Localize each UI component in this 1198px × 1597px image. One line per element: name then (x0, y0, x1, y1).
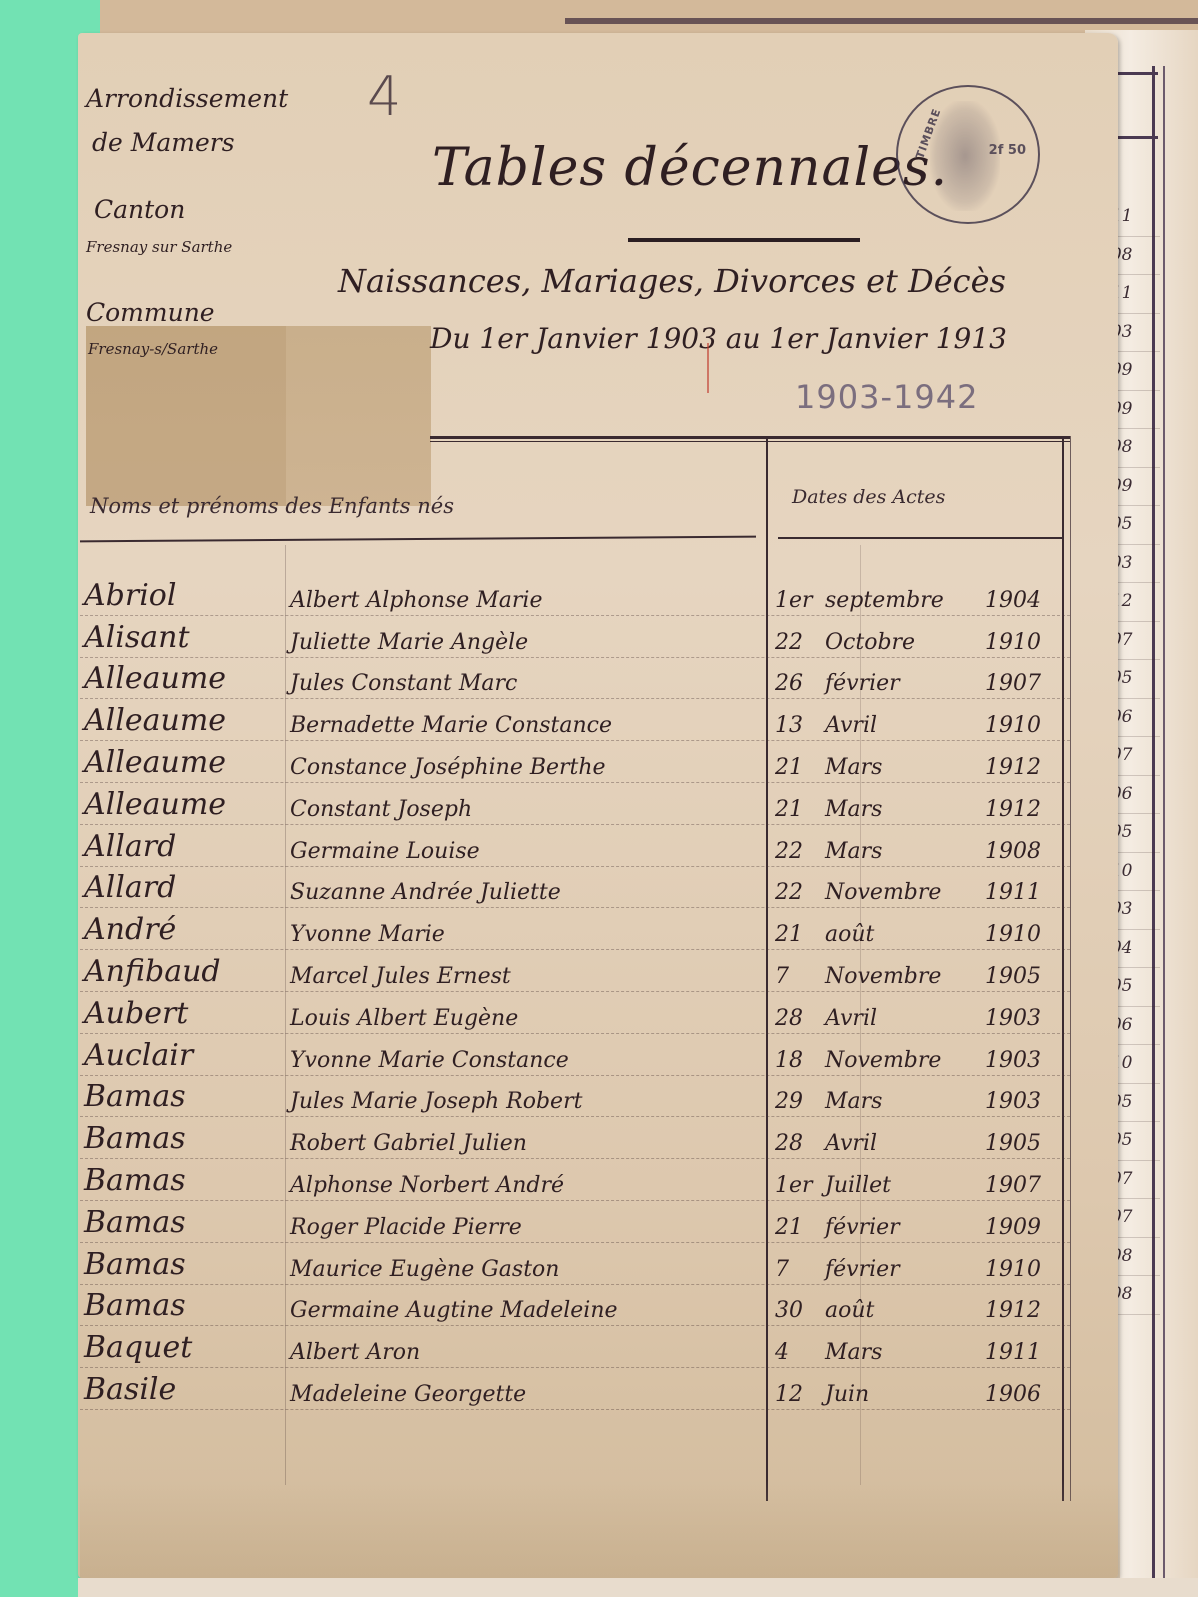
day-cell: 21 (775, 1215, 803, 1240)
given-names-cell: Roger Placide Pierre (290, 1215, 522, 1240)
given-names-cell: Juliette Marie Angèle (290, 630, 528, 655)
month-cell: février (825, 1257, 900, 1282)
given-names-cell: Robert Gabriel Julien (290, 1131, 527, 1156)
month-cell: Octobre (825, 630, 915, 655)
table-frame-top-inner (430, 441, 1070, 442)
year-cell: 1906 (985, 1382, 1041, 1407)
surname-cell: Bamas (84, 1121, 186, 1156)
day-cell: 22 (775, 630, 803, 655)
table-row: BamasGermaine Augtine Madeleine30août191… (80, 1285, 1070, 1327)
given-names-cell: Louis Albert Eugène (290, 1006, 518, 1031)
surname-cell: Bamas (84, 1247, 186, 1282)
month-cell: Avril (825, 713, 877, 738)
year-cell: 1905 (985, 1131, 1041, 1156)
back-sheet-column-rule (1163, 66, 1165, 1586)
given-names-cell: Albert Aron (290, 1340, 420, 1365)
given-names-cell: Germaine Louise (290, 839, 480, 864)
surname-cell: Baquet (84, 1330, 192, 1365)
year-cell: 1907 (985, 671, 1041, 696)
commune-value: Fresnay-s/Sarthe (88, 340, 218, 358)
table-row: AlleaumeConstant Joseph21Mars1912 (80, 783, 1070, 825)
month-cell: Novembre (825, 1048, 941, 1073)
given-names-cell: Jules Marie Joseph Robert (290, 1089, 582, 1114)
back-sheet-rule (565, 18, 1198, 24)
given-names-cell: Jules Constant Marc (290, 671, 517, 696)
day-cell: 13 (775, 713, 803, 738)
table-row: AnfibaudMarcel Jules Ernest7Novembre1905 (80, 950, 1070, 992)
surname-cell: Alleaume (84, 745, 226, 780)
surname-cell: Bamas (84, 1288, 186, 1323)
year-cell: 1903 (985, 1006, 1041, 1031)
given-names-cell: Germaine Augtine Madeleine (290, 1298, 618, 1323)
table-frame-right-inner (1070, 436, 1071, 1501)
year-cell: 1911 (985, 1340, 1041, 1365)
table-row: AlleaumeConstance Joséphine Berthe21Mars… (80, 741, 1070, 783)
day-cell: 22 (775, 880, 803, 905)
table-row: BamasAlphonse Norbert André1erJuillet190… (80, 1159, 1070, 1201)
table-row: BasileMadeleine Georgette12Juin1906 (80, 1368, 1070, 1410)
year-cell: 1903 (985, 1048, 1041, 1073)
day-cell: 30 (775, 1298, 803, 1323)
pencil-annotation: 1903-1942 (795, 378, 978, 416)
table-row: AubertLouis Albert Eugène28Avril1903 (80, 992, 1070, 1034)
table-row: BaquetAlbert Aron4Mars1911 (80, 1326, 1070, 1368)
month-cell: Juin (825, 1382, 869, 1407)
column-header-dates: Dates des Actes (792, 486, 945, 508)
given-names-cell: Yvonne Marie (290, 922, 445, 947)
table-row: AllardSuzanne Andrée Juliette22Novembre1… (80, 867, 1070, 909)
month-cell: Mars (825, 1089, 882, 1114)
day-cell: 22 (775, 839, 803, 864)
year-cell: 1911 (985, 880, 1041, 905)
day-cell: 28 (775, 1131, 803, 1156)
surname-cell: Anfibaud (84, 954, 221, 989)
month-cell: Novembre (825, 880, 941, 905)
table-row: BamasJules Marie Joseph Robert29Mars1903 (80, 1076, 1070, 1118)
day-cell: 29 (775, 1089, 803, 1114)
day-cell: 1er (775, 588, 813, 613)
day-cell: 26 (775, 671, 803, 696)
surname-cell: André (84, 912, 176, 947)
given-names-cell: Constance Joséphine Berthe (290, 755, 606, 780)
date-range: Du 1er Janvier 1903 au 1er Janvier 1913 (430, 322, 1007, 355)
given-names-cell: Bernadette Marie Constance (290, 713, 612, 738)
column-header-names: Noms et prénoms des Enfants nés (90, 494, 454, 518)
table-row: AllardGermaine Louise22Mars1908 (80, 825, 1070, 867)
given-names-cell: Albert Alphonse Marie (290, 588, 542, 613)
surname-cell: Alleaume (84, 703, 226, 738)
stamp-value: 2f 50 (989, 143, 1026, 158)
day-cell: 28 (775, 1006, 803, 1031)
day-cell: 12 (775, 1382, 803, 1407)
day-cell: 4 (775, 1340, 789, 1365)
commune-label: Commune (86, 298, 215, 327)
header-rule-right (778, 537, 1063, 539)
red-ink-mark (707, 343, 709, 393)
month-cell: février (825, 1215, 900, 1240)
table-row: BamasMaurice Eugène Gaston7février1910 (80, 1243, 1070, 1285)
month-cell: Juillet (825, 1173, 891, 1198)
arrondissement-value: de Mamers (92, 128, 235, 157)
table-row: AndréYvonne Marie21août1910 (80, 908, 1070, 950)
month-cell: Mars (825, 755, 882, 780)
given-names-cell: Marcel Jules Ernest (290, 964, 511, 989)
day-cell: 21 (775, 922, 803, 947)
month-cell: Novembre (825, 964, 941, 989)
month-cell: août (825, 1298, 874, 1323)
table-row: AuclairYvonne Marie Constance18Novembre1… (80, 1034, 1070, 1076)
given-names-cell: Alphonse Norbert André (290, 1173, 564, 1198)
arrondissement-label: Arrondissement (86, 84, 288, 113)
year-cell: 1907 (985, 1173, 1041, 1198)
document-title: Tables décennales. (432, 138, 948, 198)
surname-cell: Auclair (84, 1038, 193, 1073)
canton-value: Fresnay sur Sarthe (86, 238, 232, 256)
day-cell: 7 (775, 964, 789, 989)
month-cell: septembre (825, 588, 944, 613)
surname-cell: Alisant (84, 620, 190, 655)
year-cell: 1904 (985, 588, 1041, 613)
register-entries: AbriolAlbert Alphonse Marie1erseptembre1… (80, 574, 1070, 1410)
month-cell: Avril (825, 1006, 877, 1031)
year-cell: 1910 (985, 630, 1041, 655)
surname-cell: Alleaume (84, 787, 226, 822)
day-cell: 1er (775, 1173, 813, 1198)
surname-cell: Basile (84, 1372, 176, 1407)
page-bottom-shade (80, 1480, 1120, 1580)
table-row: BamasRobert Gabriel Julien28Avril1905 (80, 1117, 1070, 1159)
table-row: AlleaumeJules Constant Marc26février1907 (80, 658, 1070, 700)
surname-cell: Bamas (84, 1079, 186, 1114)
surname-cell: Bamas (84, 1205, 186, 1240)
month-cell: Avril (825, 1131, 877, 1156)
year-cell: 1908 (985, 839, 1041, 864)
year-cell: 1912 (985, 797, 1041, 822)
month-cell: Mars (825, 1340, 882, 1365)
title-underline (628, 238, 860, 242)
year-cell: 1910 (985, 922, 1041, 947)
month-cell: Mars (825, 839, 882, 864)
table-row: AlleaumeBernadette Marie Constance13Avri… (80, 699, 1070, 741)
given-names-cell: Yvonne Marie Constance (290, 1048, 569, 1073)
given-names-cell: Suzanne Andrée Juliette (290, 880, 561, 905)
year-cell: 1910 (985, 713, 1041, 738)
surname-cell: Bamas (84, 1163, 186, 1198)
document-subtitle: Naissances, Mariages, Divorces et Décès (338, 262, 1006, 300)
given-names-cell: Constant Joseph (290, 797, 472, 822)
page-bottom-edge (78, 1578, 1198, 1597)
given-names-cell: Maurice Eugène Gaston (290, 1257, 559, 1282)
surname-cell: Abriol (84, 578, 176, 613)
day-cell: 21 (775, 755, 803, 780)
day-cell: 7 (775, 1257, 789, 1282)
month-cell: Mars (825, 797, 882, 822)
surname-cell: Aubert (84, 996, 188, 1031)
year-cell: 1909 (985, 1215, 1041, 1240)
year-cell: 1910 (985, 1257, 1041, 1282)
surname-cell: Alleaume (84, 661, 226, 696)
table-row: AlisantJuliette Marie Angèle22Octobre191… (80, 616, 1070, 658)
day-cell: 21 (775, 797, 803, 822)
surname-cell: Allard (84, 870, 176, 905)
surname-cell: Allard (84, 829, 176, 864)
table-frame-top (430, 436, 1070, 439)
table-row: BamasRoger Placide Pierre21février1909 (80, 1201, 1070, 1243)
year-cell: 1912 (985, 1298, 1041, 1323)
day-cell: 18 (775, 1048, 803, 1073)
table-row: AbriolAlbert Alphonse Marie1erseptembre1… (80, 574, 1070, 616)
month-cell: août (825, 922, 874, 947)
given-names-cell: Madeleine Georgette (290, 1382, 526, 1407)
year-cell: 1905 (985, 964, 1041, 989)
tax-stamp: TIMBRE 2f 50 (896, 85, 1040, 224)
folio-number: 4 (367, 65, 401, 128)
year-cell: 1903 (985, 1089, 1041, 1114)
year-cell: 1912 (985, 755, 1041, 780)
month-cell: février (825, 671, 900, 696)
canton-label: Canton (94, 195, 185, 224)
